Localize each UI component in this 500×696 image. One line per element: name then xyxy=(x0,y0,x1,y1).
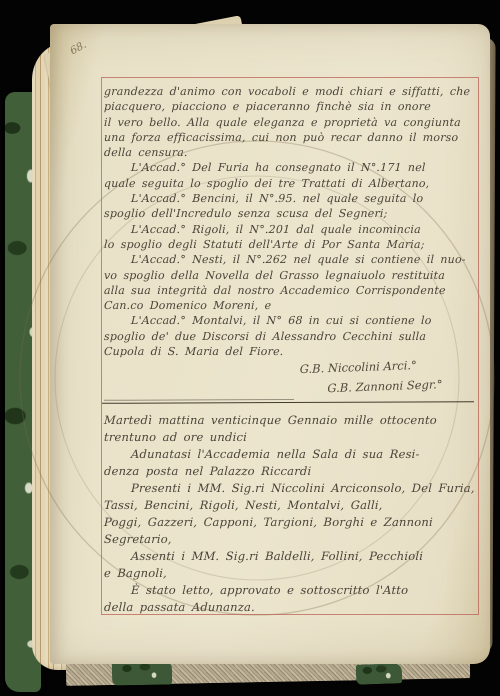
manuscript-line: della passata Adunanza. xyxy=(104,599,481,616)
manuscript-line: spoglio de' due Discorsi di Alessandro C… xyxy=(104,329,481,344)
manuscript-line: piacquero, piacciono e piaceranno finchè… xyxy=(104,99,481,114)
manuscript-line: denza posta nel Palazzo Riccardi xyxy=(104,463,481,480)
manuscript-line: una forza efficacissima, cui non può rec… xyxy=(104,130,481,145)
signature-block: G.B. Niccolini Arci.°G.B. Zannoni Segr.° xyxy=(299,353,480,399)
manuscript-line: Martedì mattina venticinque Gennaio mill… xyxy=(104,412,481,429)
manuscript-line: della censura. xyxy=(104,145,481,160)
manuscript-line: trentuno ad ore undici xyxy=(104,429,481,446)
manuscript-line: Poggi, Gazzeri, Capponi, Targioni, Borgh… xyxy=(104,514,481,531)
manuscript-line: Adunatasi l'Accademia nella Sala di sua … xyxy=(104,446,481,463)
manuscript-line: L'Accad.° Del Furia ha consegnato il N°.… xyxy=(104,160,481,175)
manuscript-line: Presenti i MM. Sig.ri Niccolini Arcicons… xyxy=(104,480,481,497)
manuscript-line: Tassi, Bencini, Rigoli, Nesti, Montalvi,… xyxy=(104,497,481,514)
manuscript-line: vo spoglio della Novella del Grasso legn… xyxy=(104,268,481,283)
manuscript-line: L'Accad.° Nesti, il N°.262 nel quale si … xyxy=(104,252,481,267)
marbled-cover-patch xyxy=(112,660,172,685)
manuscript-photo: 68. grandezza d'animo con vocaboli e mod… xyxy=(0,0,500,696)
minutes-upper-block: grandezza d'animo con vocaboli e modi ch… xyxy=(104,84,480,359)
manuscript-line: Assenti i MM. Sig.ri Baldelli, Follini, … xyxy=(104,548,481,565)
manuscript-line: e Bagnoli, xyxy=(104,565,481,582)
manuscript-line: È stato letto, approvato e sottoscritto … xyxy=(104,582,481,599)
manuscript-line: il vero bello. Alla quale eleganza e pro… xyxy=(104,115,481,130)
manuscript-line: L'Accad.° Montalvi, il N° 68 in cui si c… xyxy=(104,313,481,328)
manuscript-line: quale seguita lo spoglio dei tre Trattat… xyxy=(104,176,481,191)
manuscript-line: L'Accad.° Bencini, il N°.95. nel quale s… xyxy=(104,191,481,206)
manuscript-line: L'Accad.° Rigoli, il N°.201 dal quale in… xyxy=(104,222,481,237)
marbled-cover-patch xyxy=(356,663,403,685)
minutes-lower-block: Martedì mattina venticinque Gennaio mill… xyxy=(104,412,480,616)
manuscript-line: Can.co Domenico Moreni, e xyxy=(104,298,481,313)
manuscript-line: grandezza d'animo con vocaboli e modi ch… xyxy=(104,84,481,99)
manuscript-line: Segretario, xyxy=(104,531,481,548)
manuscript-line: alla sua integrità dal nostro Accademico… xyxy=(104,283,481,298)
manuscript-line: lo spoglio degli Statuti dell'Arte di Po… xyxy=(104,237,481,252)
manuscript-line: spoglio dell'Incredulo senza scusa del S… xyxy=(104,206,481,221)
